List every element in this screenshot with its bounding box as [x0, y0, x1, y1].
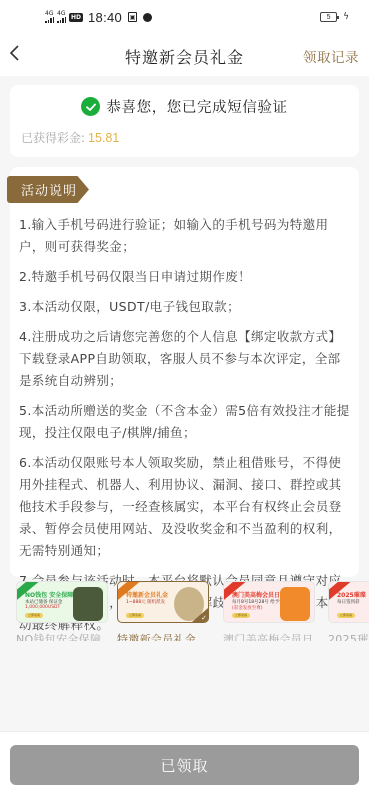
bottom-bar: 已领取: [0, 731, 369, 800]
promo-thumb-button: 立即查看: [25, 613, 43, 618]
battery-level: 5: [327, 14, 331, 21]
promo-thumb-line: 1,000,000USDT: [25, 605, 60, 610]
claimed-button[interactable]: 已领取: [10, 745, 359, 785]
promo-label: 特邀新会员礼金: [117, 631, 217, 641]
clock: 18:40: [88, 10, 122, 25]
promo-card-2025[interactable]: 2025璀璨 每日签到彩 立即查看 2025璀: [328, 581, 369, 641]
hd-voice-icon: HD: [69, 13, 83, 22]
promo-card-wallet[interactable]: NO钱包 安全保障 保驾护航 本站已储备 保证金 1,000,000USDT 立…: [16, 581, 108, 641]
verification-message: 恭喜您，您已完成短信验证: [106, 96, 287, 117]
rules-tag: 活动说明: [7, 176, 89, 203]
promo-label: 2025璀: [328, 631, 369, 641]
promo-thumbnail: 特邀新会员礼金 1~888元 随机派发 立即查看: [117, 581, 209, 623]
promo-label: 澳门美高梅会员日...: [223, 631, 323, 641]
promo-carousel[interactable]: NO钱包 安全保障 保驾护航 本站已储备 保证金 1,000,000USDT 立…: [10, 581, 369, 641]
claim-history-link[interactable]: 领取记录: [303, 46, 359, 66]
promo-thumb-title: 特邀新会员礼金: [126, 590, 168, 599]
check-circle-icon: [81, 97, 100, 116]
rules-list: 1.输入手机号码进行验证；如输入的手机号码为特邀用户，则可获得奖金； 2.特邀手…: [19, 214, 351, 644]
earned-amount: 15.81: [88, 131, 119, 145]
promo-label: NO钱包安全保障 ...: [16, 631, 116, 641]
promo-thumb-title: 澳门美高梅会员日: [232, 590, 280, 599]
earned-bonus: 已获得彩金:15.81: [21, 129, 119, 146]
promo-thumb-button: 立即查看: [126, 613, 144, 618]
chat-bubble-icon: [143, 13, 152, 22]
wallet-illustration: [73, 587, 103, 621]
promo-thumb-line: 每日签到彩: [337, 599, 360, 605]
rule-item: 3.本活动仅限，USDT/电子钱包取款；: [19, 296, 351, 318]
promo-thumb-button: 立即查看: [232, 613, 250, 618]
promo-card-new-member[interactable]: 特邀新会员礼金 1~888元 随机派发 立即查看 特邀新会员礼金: [117, 581, 209, 641]
rule-item: 5.本活动所赠送的奖金（不含本金）需5倍有效投注才能提现，投注仅限电子/棋牌/捕…: [19, 400, 351, 444]
rule-item: 6.本活动仅限账号本人领取奖励，禁止租借账号，不得使用外挂程式、机器人、利用协议…: [19, 452, 351, 562]
nav-bar: 特邀新会员礼金 领取记录: [0, 36, 369, 76]
battery-icon: 5: [320, 12, 337, 22]
lightning-bolt-icon: ϟ: [343, 12, 349, 22]
promo-thumb-title: 2025璀璨: [337, 590, 366, 599]
promo-thumb-line: 1~888元 随机派发: [126, 599, 165, 605]
promo-thumbnail: 2025璀璨 每日签到彩 立即查看: [328, 581, 369, 623]
promo-thumbnail: NO钱包 安全保障 保驾护航 本站已储备 保证金 1,000,000USDT 立…: [16, 581, 108, 623]
earned-label: 已获得彩金:: [21, 131, 85, 145]
promo-thumb-button: 立即查看: [337, 613, 355, 618]
rule-item: 2.特邀手机号码仅限当日申请过期作废！: [19, 266, 351, 288]
signal-icon: 4G: [57, 11, 66, 23]
verification-card: 恭喜您，您已完成短信验证 已获得彩金:15.81: [10, 85, 359, 157]
status-bar: 4G 4G HD 18:40 ▣ 5 ϟ: [0, 0, 369, 36]
rule-item: 1.输入手机号码进行验证；如输入的手机号码为特邀用户，则可获得奖金；: [19, 214, 351, 258]
promo-thumbnail: 澳门美高梅会员日 每月8号18号28号 给予宠爱 (彩金发放至尊) 立即查看: [223, 581, 315, 623]
rule-item: 4.注册成功之后请您完善您的个人信息【绑定收款方式】下载登录APP自助领取，客服…: [19, 326, 351, 392]
rules-card: 活动说明 1.输入手机号码进行验证；如输入的手机号码为特邀用户，则可获得奖金； …: [10, 167, 359, 577]
promo-thumb-line: (彩金发放至尊): [232, 605, 263, 611]
sim-card-icon: ▣: [128, 12, 137, 22]
promo-card-mgm-day[interactable]: 澳门美高梅会员日 每月8号18号28号 给予宠爱 (彩金发放至尊) 立即查看 澳…: [223, 581, 315, 641]
signal-icon: 4G: [45, 11, 54, 23]
number-eight-illustration: [280, 587, 310, 621]
